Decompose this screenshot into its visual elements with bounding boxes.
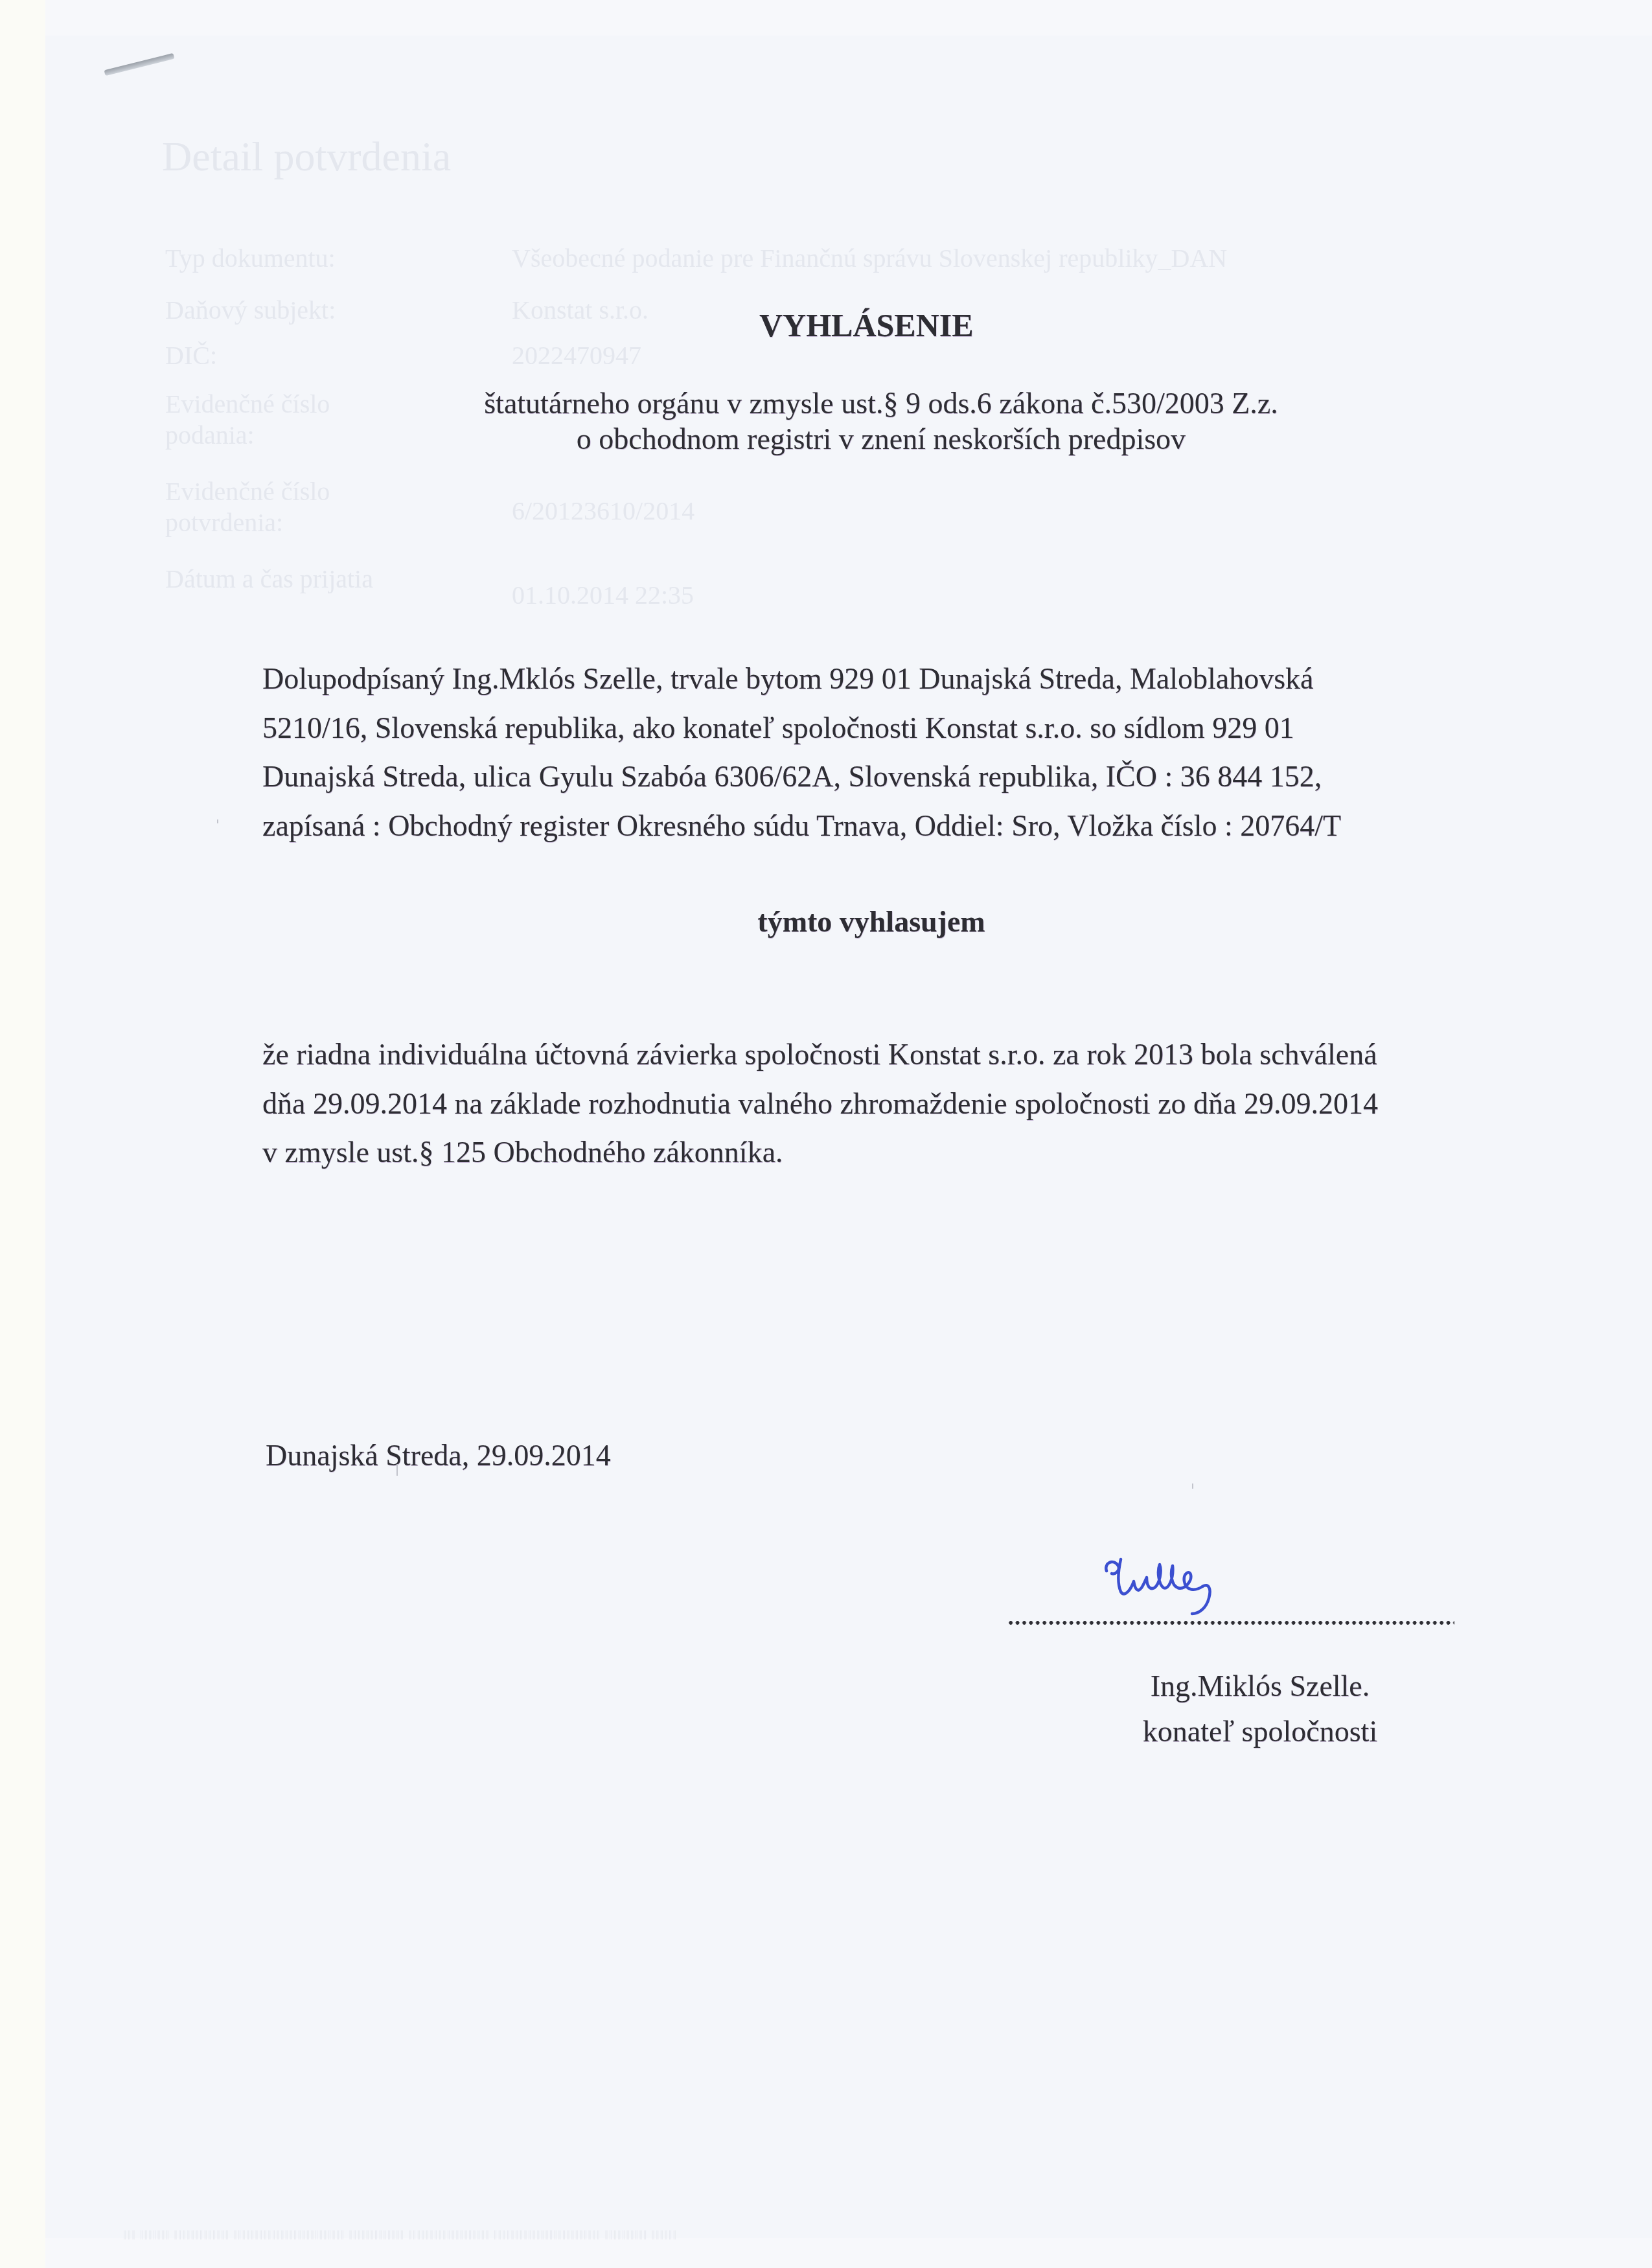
show-through-label: DIČ: bbox=[165, 340, 217, 371]
signer-block: Ing.Miklós Szelle. konateľ spoločnosti bbox=[1114, 1664, 1406, 1754]
declarant-paragraph: Dolupodpísaný Ing.Mklós Szelle, trvale b… bbox=[262, 654, 1341, 850]
paragraph-line: zapísaná : Obchodný register Okresného s… bbox=[262, 801, 1341, 851]
place-and-date: Dunajská Streda, 29.09.2014 bbox=[266, 1436, 611, 1475]
show-through-value: 01.10.2014 22:35 bbox=[512, 580, 694, 611]
scan-speck bbox=[396, 1464, 398, 1476]
show-through-value: Konstat s.r.o. bbox=[512, 295, 648, 326]
handwritten-signature bbox=[1095, 1552, 1250, 1623]
scan-speck bbox=[217, 819, 218, 823]
show-through-label: Daňový subjekt: bbox=[165, 295, 336, 326]
paragraph-line: Dolupodpísaný Ing.Mklós Szelle, trvale b… bbox=[262, 654, 1341, 704]
paragraph-line: že riadna individuálna účtovná závierka … bbox=[262, 1030, 1378, 1079]
document-title: VYHLÁSENIE bbox=[759, 304, 973, 346]
show-through-footer: ‖‖‖ ‖‖‖‖‖‖‖ ‖‖‖‖‖‖‖‖‖‖‖‖‖ ‖‖‖‖‖‖‖‖‖‖‖‖‖‖… bbox=[123, 2228, 1529, 2243]
signer-name: Ing.Miklós Szelle. bbox=[1114, 1664, 1406, 1709]
show-through-value: 6/20123610/2014 bbox=[512, 496, 694, 527]
show-through-value: Všeobecné podanie pre Finančnú správu Sl… bbox=[512, 243, 1227, 274]
paragraph-line: 5210/16, Slovenská republika, ako konate… bbox=[262, 704, 1341, 753]
show-through-heading: Detail potvrdenia bbox=[162, 133, 451, 181]
paragraph-line: Dunajská Streda, ulica Gyulu Szabóa 6306… bbox=[262, 752, 1341, 801]
subtitle-line: štatutárneho orgánu v zmysle ust.§ 9 ods… bbox=[447, 385, 1315, 421]
signer-role: konateľ spoločnosti bbox=[1114, 1709, 1406, 1754]
subtitle-line: o obchodnom registri v znení neskorších … bbox=[447, 421, 1315, 457]
document-subtitle: štatutárneho orgánu v zmysle ust.§ 9 ods… bbox=[447, 385, 1315, 457]
show-through-label: Dátum a čas prijatia bbox=[165, 564, 437, 595]
show-through-label: Evidenčné číslo potvrdenia: bbox=[165, 476, 379, 538]
scan-margin bbox=[0, 0, 45, 2268]
show-through-label: Evidenčné číslo podania: bbox=[165, 389, 379, 451]
paragraph-line: v zmysle ust.§ 125 Obchodného zákonníka. bbox=[262, 1128, 1378, 1177]
show-through-label: Typ dokumentu: bbox=[165, 243, 336, 274]
show-through-value: 2022470947 bbox=[512, 340, 641, 371]
declaration-paragraph: že riadna individuálna účtovná závierka … bbox=[262, 1030, 1378, 1177]
paragraph-line: dňa 29.09.2014 na základe rozhodnutia va… bbox=[262, 1079, 1378, 1128]
scan-speck bbox=[1192, 1483, 1193, 1489]
signature-line bbox=[1007, 1620, 1454, 1626]
declaration-heading: týmto vyhlasujem bbox=[745, 904, 998, 940]
